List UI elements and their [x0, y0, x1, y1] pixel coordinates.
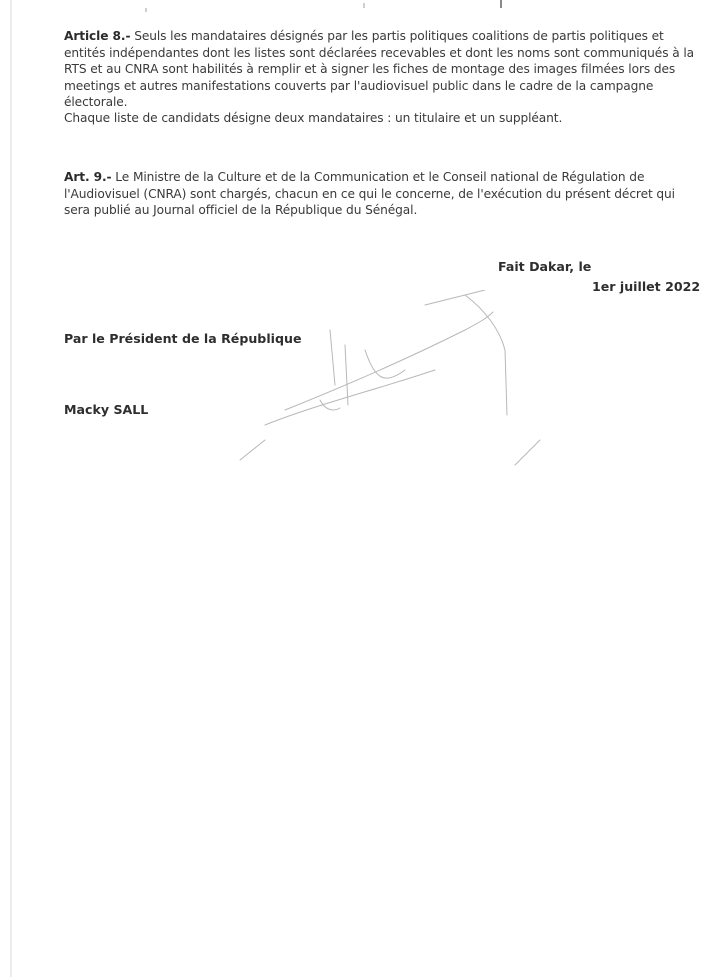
article-9-paragraph: Art. 9.- Le Ministre de la Culture et de…	[64, 169, 704, 219]
article-9-label: Art. 9.-	[64, 170, 112, 184]
scan-speck	[363, 3, 365, 8]
article-8-paragraph: Article 8.- Seuls les mandataires désign…	[64, 28, 704, 111]
article-9-text: Le Ministre de la Culture et de la Commu…	[64, 170, 675, 217]
scan-speck	[145, 8, 147, 12]
page-edge	[10, 0, 12, 977]
scan-speck	[500, 0, 502, 8]
article-8-text: Seuls les mandataires désignés par les p…	[64, 29, 694, 109]
place-line: Fait Dakar, le	[498, 259, 591, 274]
article-8-mandataires-paragraph: Chaque liste de candidats désigne deux m…	[64, 110, 704, 127]
article-8-label: Article 8.-	[64, 29, 130, 43]
date-line: 1er juillet 2022	[592, 279, 700, 294]
signature-icon	[225, 290, 565, 480]
signatory-name: Macky SALL	[64, 402, 148, 417]
